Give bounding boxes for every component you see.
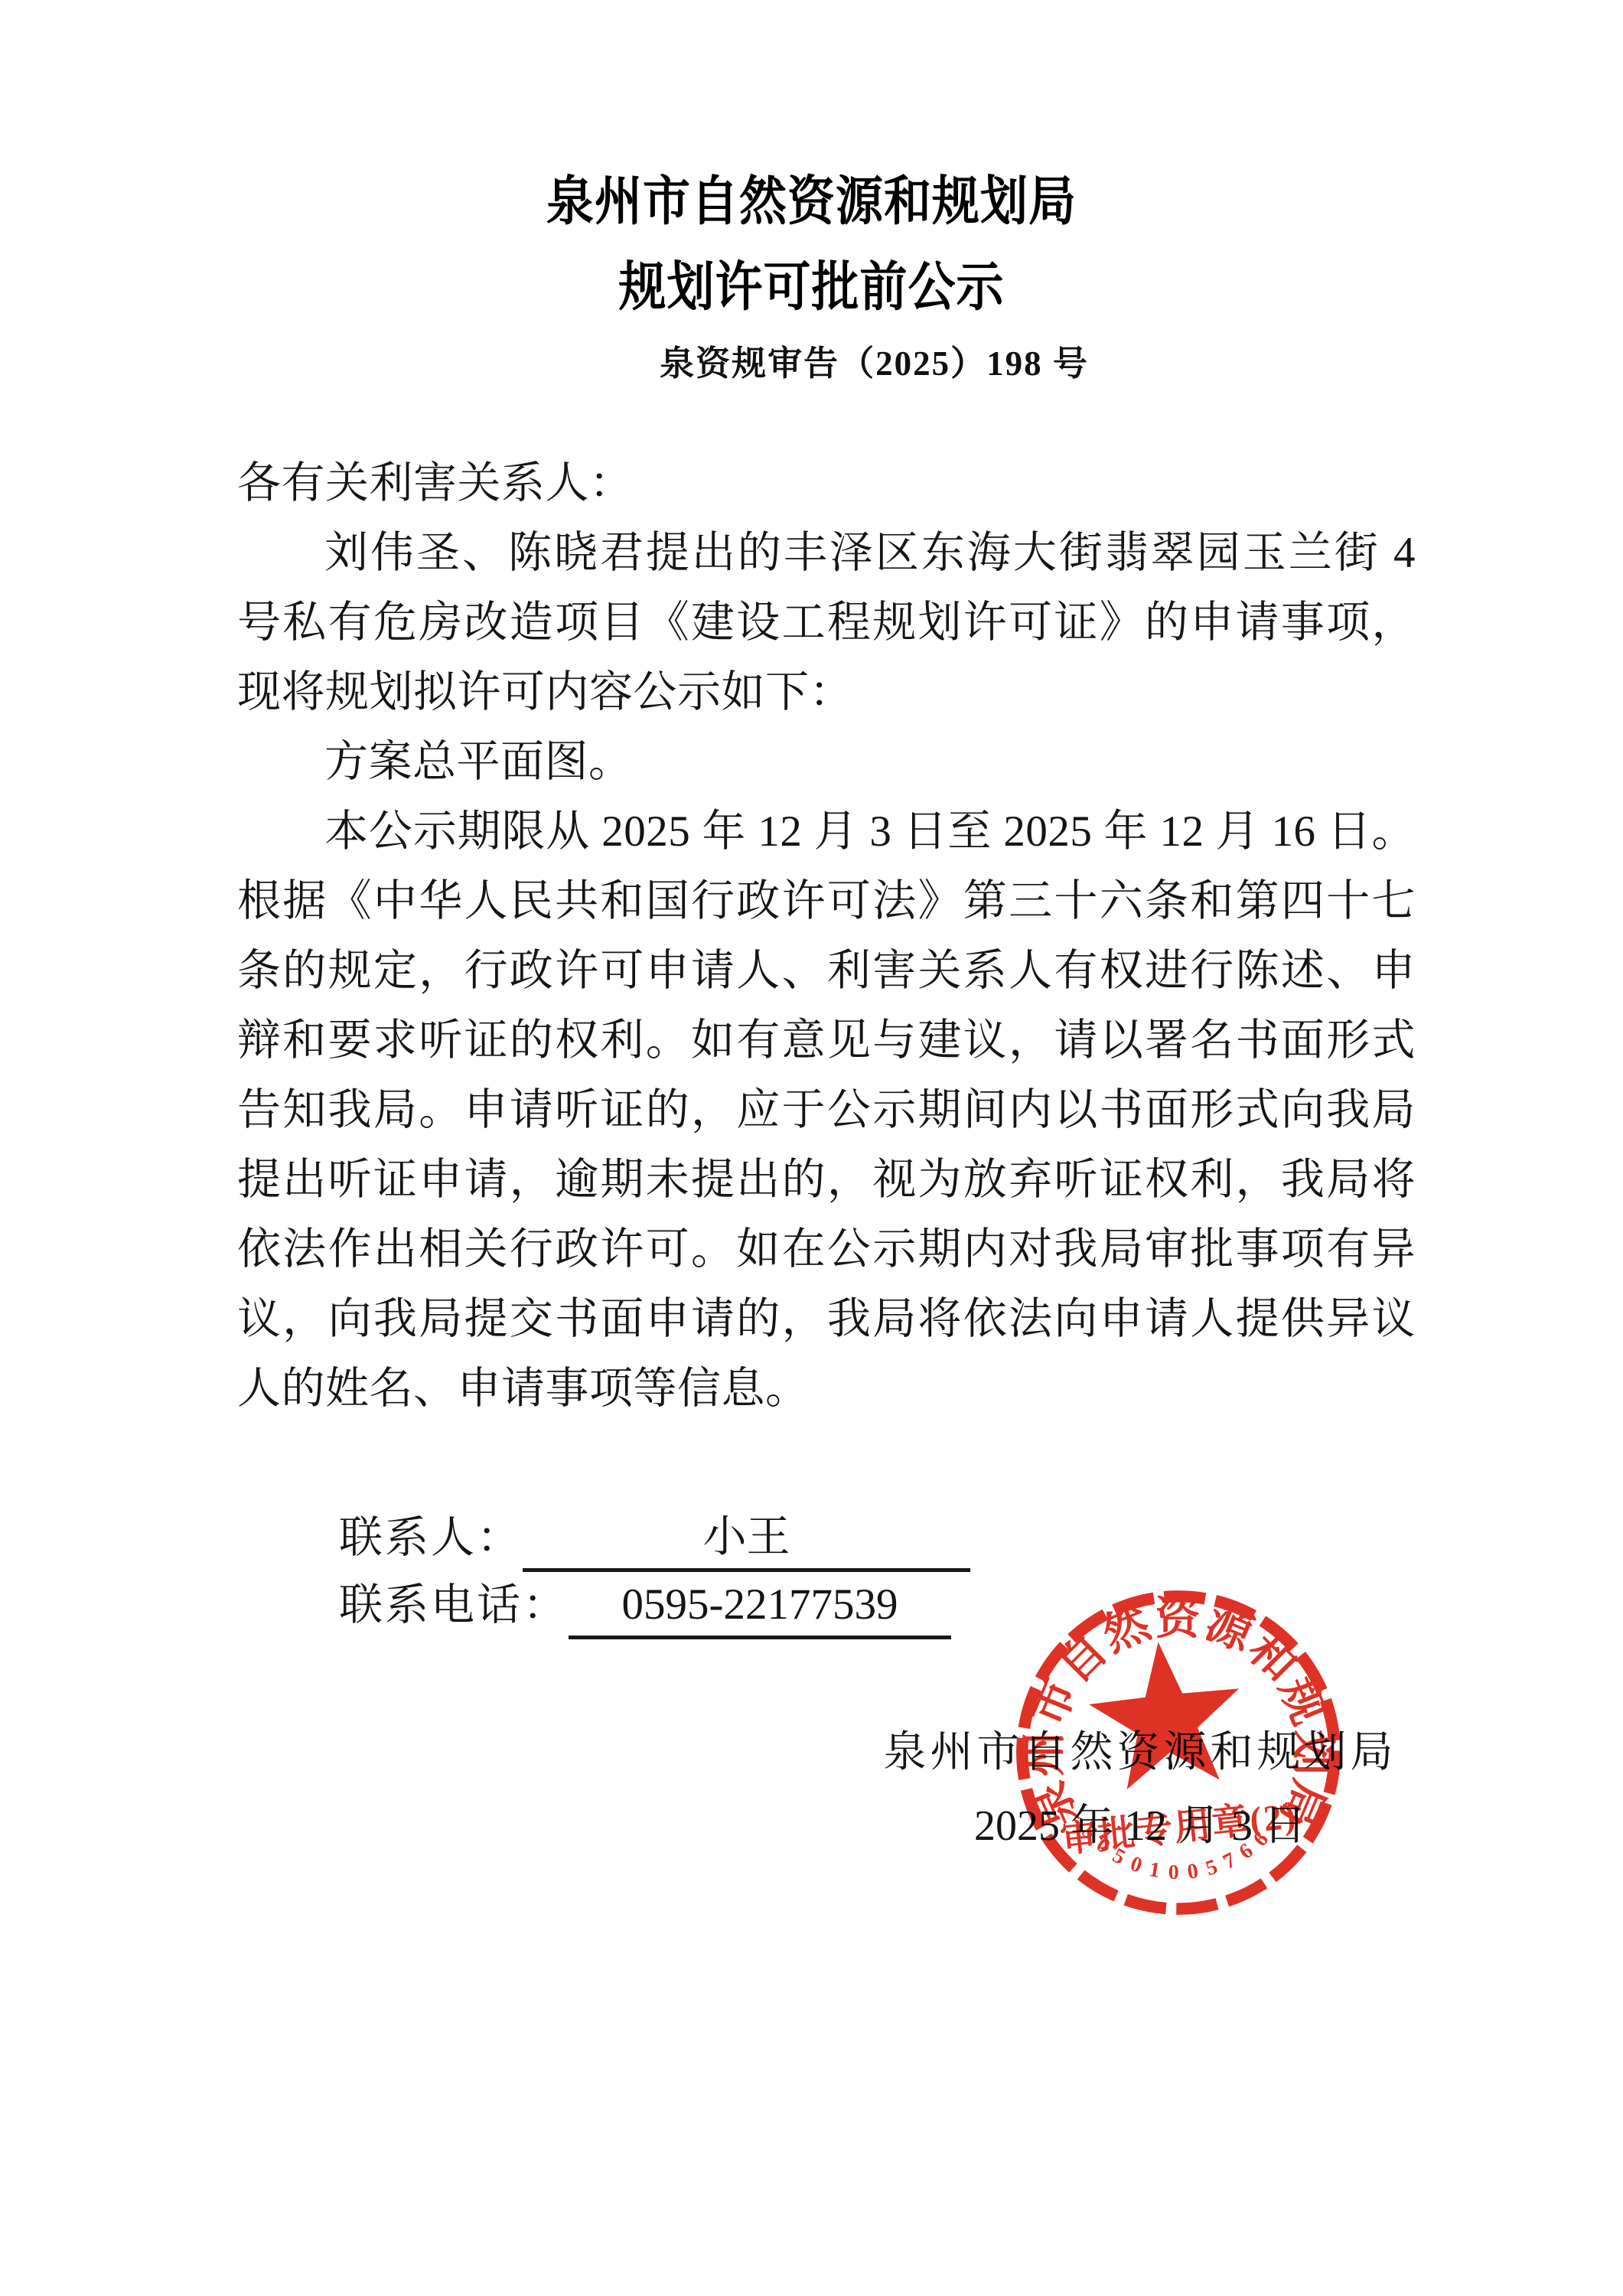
paragraph-application: 刘伟圣、陈晓君提出的丰泽区东海大街翡翠园玉兰街 4 号私有危房改造项目《建设工程… — [237, 518, 1416, 727]
contact-phone-label: 联系电话： — [339, 1581, 569, 1629]
salutation: 各有关利害关系人： — [237, 448, 1416, 518]
document-header: 泉州市自然资源和规划局 规划许可批前公示 — [0, 159, 1623, 331]
document-title-line2: 规划许可批前公示 — [0, 240, 1623, 335]
doc-number: 泉资规审告（2025）198 号 — [63, 335, 1623, 385]
contact-phone-row: 联系电话：0595-22177539 — [339, 1572, 970, 1639]
contact-block: 联系人：小王 联系电话：0595-22177539 — [339, 1505, 970, 1639]
contact-person-underline: 小王 — [523, 1507, 970, 1572]
contact-phone-underline: 0595-22177539 — [569, 1574, 951, 1639]
contact-person-value: 小王 — [703, 1513, 790, 1561]
document-title-line1: 泉州市自然资源和规划局 — [0, 154, 1623, 249]
contact-person-row: 联系人：小王 — [339, 1505, 970, 1572]
contact-person-label: 联系人： — [339, 1514, 523, 1562]
document-page: 泉州市自然资源和规划局 规划许可批前公示 泉资规审告（2025）198 号 各有… — [0, 0, 1623, 2296]
contact-phone-value: 0595-22177539 — [622, 1580, 898, 1629]
paragraph-plan: 方案总平面图。 — [237, 727, 1416, 797]
official-seal-stamp: 泉州市自然资源和规划局 审批专用章(2) 3505010057663 — [1004, 1578, 1353, 1927]
paragraph-period-and-rights: 本公示期限从 2025 年 12 月 3 日至 2025 年 12 月 16 日… — [237, 797, 1416, 1424]
body-text: 各有关利害关系人： 刘伟圣、陈晓君提出的丰泽区东海大街翡翠园玉兰街 4 号私有危… — [237, 448, 1416, 1424]
